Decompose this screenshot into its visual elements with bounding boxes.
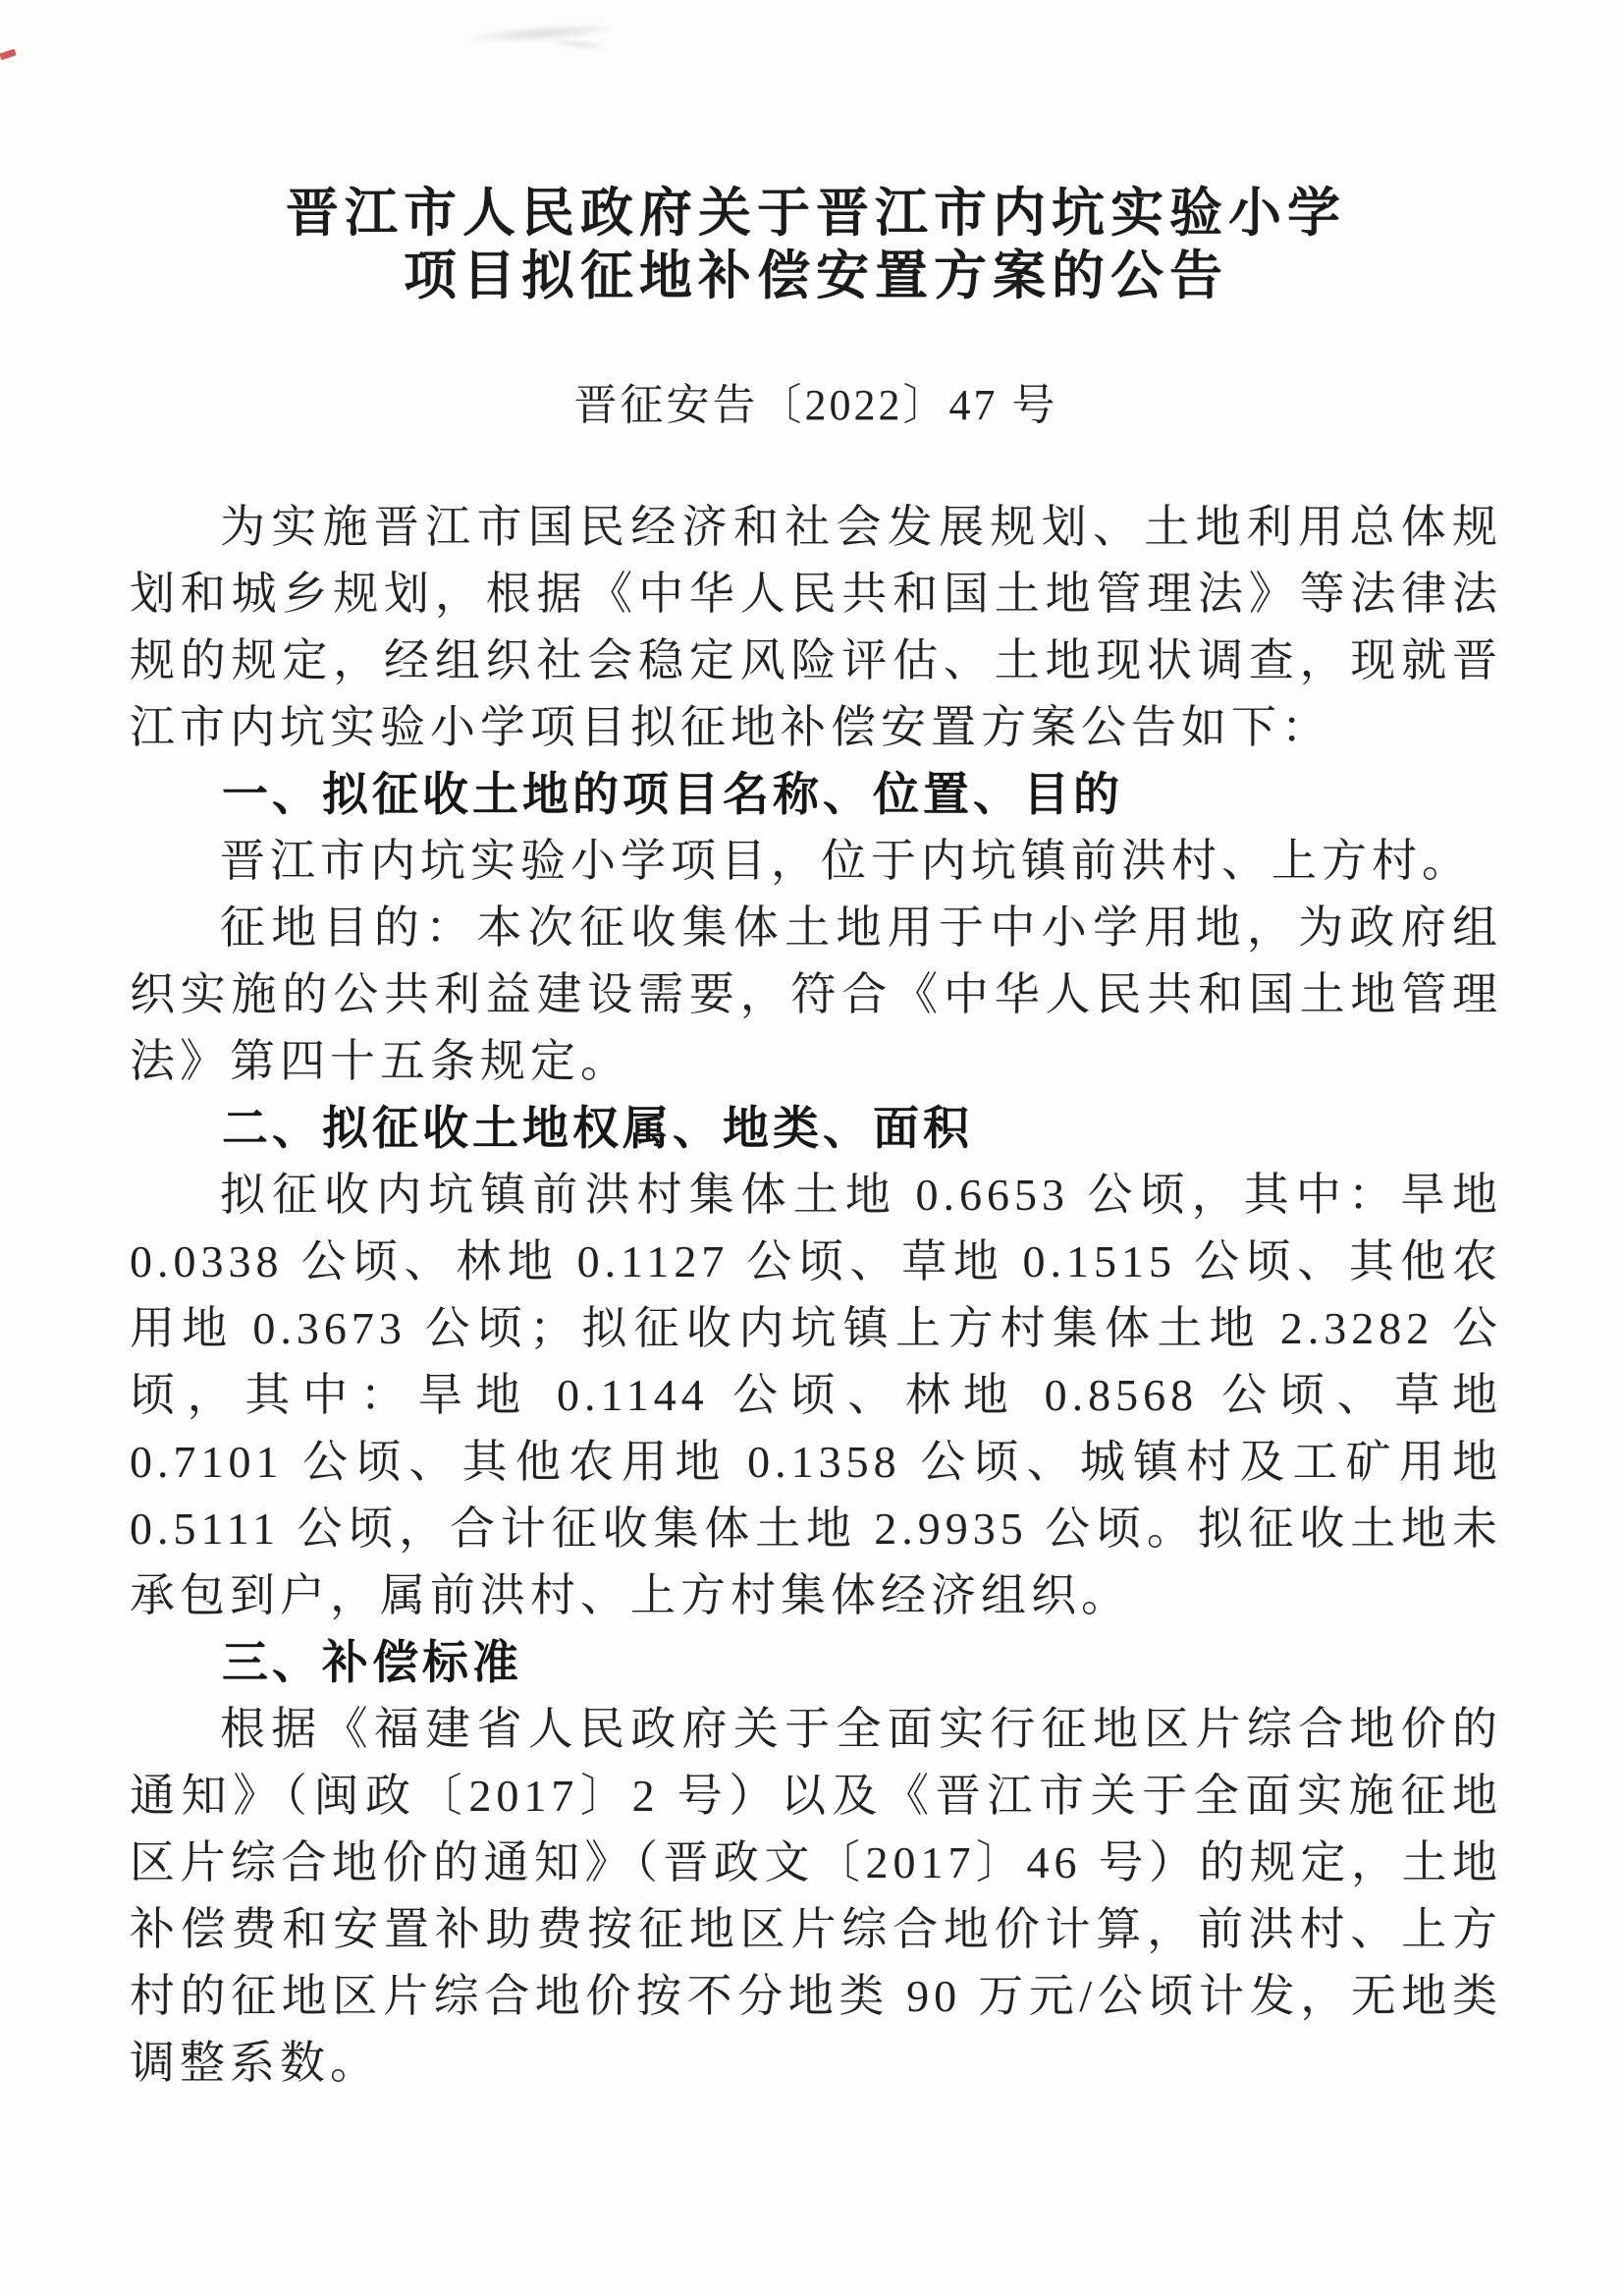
paragraph-project-location: 晋江市内坑实验小学项目，位于内坑镇前洪村、上方村。	[130, 828, 1502, 895]
document-header: 晋江市人民政府关于晋江市内坑实验小学 项目拟征地补偿安置方案的公告 晋征安告〔2…	[130, 182, 1502, 437]
paragraph-compensation-standard: 根据《福建省人民政府关于全面实行征地区片综合地价的通知》（闽政〔2017〕2 号…	[130, 1696, 1502, 2097]
document-title-line-1: 晋江市人民政府关于晋江市内坑实验小学	[130, 182, 1502, 245]
section-heading-1: 一、拟征收土地的项目名称、位置、目的	[130, 761, 1502, 828]
scan-smudge-artifact	[550, 36, 610, 52]
red-pen-mark-artifact	[0, 49, 17, 61]
paragraph-intro: 为实施晋江市国民经济和社会发展规划、土地利用总体规划和城乡规划，根据《中华人民共…	[130, 494, 1502, 761]
document-title-line-2: 项目拟征地补偿安置方案的公告	[130, 245, 1502, 307]
document-page: 晋江市人民政府关于晋江市内坑实验小学 项目拟征地补偿安置方案的公告 晋征安告〔2…	[0, 0, 1623, 2296]
section-heading-3: 三、补偿标准	[130, 1629, 1502, 1696]
document-number: 晋征安告〔2022〕47 号	[130, 374, 1502, 437]
document-body: 为实施晋江市国民经济和社会发展规划、土地利用总体规划和城乡规划，根据《中华人民共…	[130, 494, 1502, 2097]
section-heading-2: 二、拟征收土地权属、地类、面积	[130, 1095, 1502, 1162]
paragraph-land-purpose: 征地目的：本次征收集体土地用于中小学用地，为政府组织实施的公共利益建设需要，符合…	[130, 895, 1502, 1095]
paragraph-land-areas: 拟征收内坑镇前洪村集体土地 0.6653 公顷，其中：旱地 0.0338 公顷、…	[130, 1162, 1502, 1629]
